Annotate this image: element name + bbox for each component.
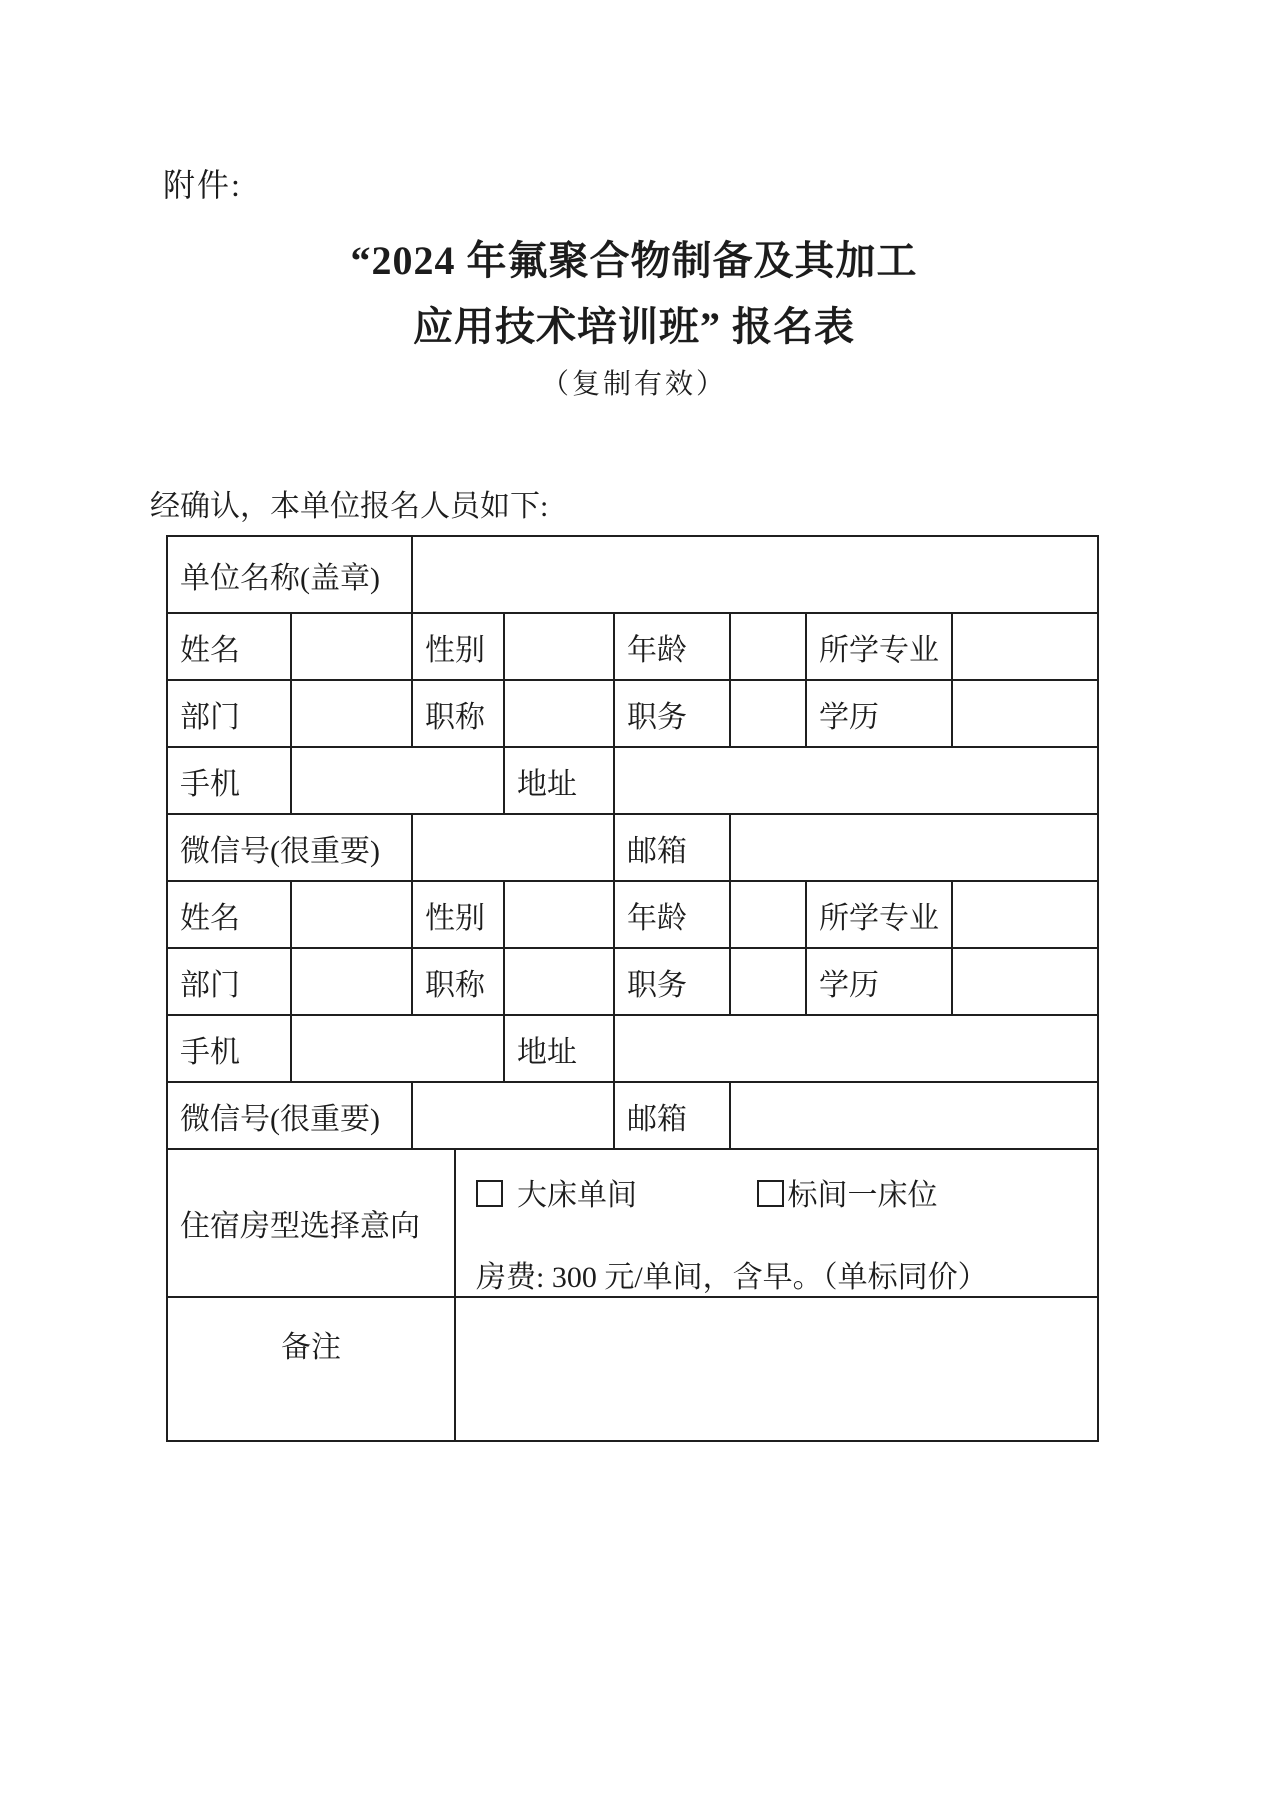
person2-address-label: 地址 [504, 1015, 614, 1082]
person1-wechat-label: 微信号(很重要) [167, 814, 412, 881]
doc-title: “2024 年氟聚合物制备及其加工 应用技术培训班” 报名表 [0, 228, 1268, 360]
remark-value-cell[interactable] [455, 1297, 1098, 1441]
person1-major-value-cell[interactable] [952, 613, 1098, 680]
person2-age-value-cell[interactable] [730, 881, 806, 948]
document-page: 附件: “2024 年氟聚合物制备及其加工 应用技术培训班” 报名表 （复制有效… [0, 0, 1268, 1793]
person2-email-label: 邮箱 [614, 1082, 730, 1149]
person2-gender-value-cell[interactable] [504, 881, 614, 948]
person2-address-value-cell[interactable] [614, 1015, 1098, 1082]
attachment-label: 附件: [163, 160, 242, 206]
person1-major-label: 所学专业 [806, 613, 952, 680]
person2-wechat-label: 微信号(很重要) [167, 1082, 412, 1149]
person1-position-value-cell[interactable] [730, 680, 806, 747]
housing-label: 住宿房型选择意向 [167, 1149, 455, 1297]
person1-wechat-value-cell[interactable] [412, 814, 614, 881]
person1-email-value-cell[interactable] [730, 814, 1098, 881]
person2-education-label: 学历 [806, 948, 952, 1015]
housing-option-king-label: 大床单间 [517, 1179, 637, 1212]
person1-age-value-cell[interactable] [730, 613, 806, 680]
remark-row: 备注 [167, 1297, 1098, 1441]
housing-option-twin[interactable]: 标间一床位 [757, 1179, 938, 1212]
person1-mobile-value-cell[interactable] [291, 747, 504, 814]
person2-title-label: 职称 [412, 948, 504, 1015]
unit-name-label: 单位名称(盖章) [167, 536, 412, 613]
person1-education-value-cell[interactable] [952, 680, 1098, 747]
person1-name-value-cell[interactable] [291, 613, 412, 680]
doc-subtitle: （复制有效） [0, 362, 1268, 402]
person2-position-label: 职务 [614, 948, 730, 1015]
doc-title-line2: 应用技术培训班” 报名表 [0, 294, 1268, 360]
person2-email-value-cell[interactable] [730, 1082, 1098, 1149]
person1-email-label: 邮箱 [614, 814, 730, 881]
person2-wechat-value-cell[interactable] [412, 1082, 614, 1149]
person2-position-value-cell[interactable] [730, 948, 806, 1015]
person2-wechat-row: 微信号(很重要) 邮箱 [167, 1082, 1098, 1149]
person2-department-value-cell[interactable] [291, 948, 412, 1015]
person2-major-value-cell[interactable] [952, 881, 1098, 948]
housing-option-twin-label: 标间一床位 [788, 1179, 938, 1212]
housing-options-line: 大床单间 标间一床位 [476, 1170, 1097, 1214]
intro-text: 经确认，本单位报名人员如下: [150, 481, 548, 525]
person2-name-value-cell[interactable] [291, 881, 412, 948]
checkbox-twin-icon[interactable] [757, 1180, 784, 1207]
person2-education-value-cell[interactable] [952, 948, 1098, 1015]
person1-name-label: 姓名 [167, 613, 291, 680]
person2-mobile-value-cell[interactable] [291, 1015, 504, 1082]
person1-mobile-row: 手机 地址 [167, 747, 1098, 814]
person2-name-row: 姓名 性别 年龄 所学专业 [167, 881, 1098, 948]
person2-major-label: 所学专业 [806, 881, 952, 948]
person1-department-row: 部门 职称 职务 学历 [167, 680, 1098, 747]
remark-label: 备注 [167, 1297, 455, 1441]
person1-gender-label: 性别 [412, 613, 504, 680]
unit-name-value-cell[interactable] [412, 536, 1098, 613]
person1-title-value-cell[interactable] [504, 680, 614, 747]
person1-department-value-cell[interactable] [291, 680, 412, 747]
person2-title-value-cell[interactable] [504, 948, 614, 1015]
unit-name-row: 单位名称(盖章) [167, 536, 1098, 613]
person1-address-label: 地址 [504, 747, 614, 814]
person1-age-label: 年龄 [614, 613, 730, 680]
person1-department-label: 部门 [167, 680, 291, 747]
person1-gender-value-cell[interactable] [504, 613, 614, 680]
doc-title-line1: “2024 年氟聚合物制备及其加工 [0, 228, 1268, 294]
person2-mobile-row: 手机 地址 [167, 1015, 1098, 1082]
person1-mobile-label: 手机 [167, 747, 291, 814]
registration-table: 单位名称(盖章) 姓名 性别 年龄 所学专业 部门 职称 职务 学历 手机 [166, 535, 1099, 1442]
person2-gender-label: 性别 [412, 881, 504, 948]
person2-mobile-label: 手机 [167, 1015, 291, 1082]
person2-department-label: 部门 [167, 948, 291, 1015]
person1-position-label: 职务 [614, 680, 730, 747]
person1-name-row: 姓名 性别 年龄 所学专业 [167, 613, 1098, 680]
checkbox-king-icon[interactable] [476, 1180, 503, 1207]
person1-title-label: 职称 [412, 680, 504, 747]
person1-address-value-cell[interactable] [614, 747, 1098, 814]
person2-age-label: 年龄 [614, 881, 730, 948]
person2-name-label: 姓名 [167, 881, 291, 948]
housing-option-king[interactable]: 大床单间 [476, 1179, 637, 1212]
housing-options-cell: 大床单间 标间一床位 房费: 300 元/单间，含早。（单标同价） [455, 1149, 1098, 1297]
housing-row: 住宿房型选择意向 大床单间 标间一床位 房费: 300 元/单间，含早。（单标同… [167, 1149, 1098, 1297]
housing-fee-note: 房费: 300 元/单间，含早。（单标同价） [476, 1252, 1097, 1296]
person1-wechat-row: 微信号(很重要) 邮箱 [167, 814, 1098, 881]
person1-education-label: 学历 [806, 680, 952, 747]
person2-department-row: 部门 职称 职务 学历 [167, 948, 1098, 1015]
